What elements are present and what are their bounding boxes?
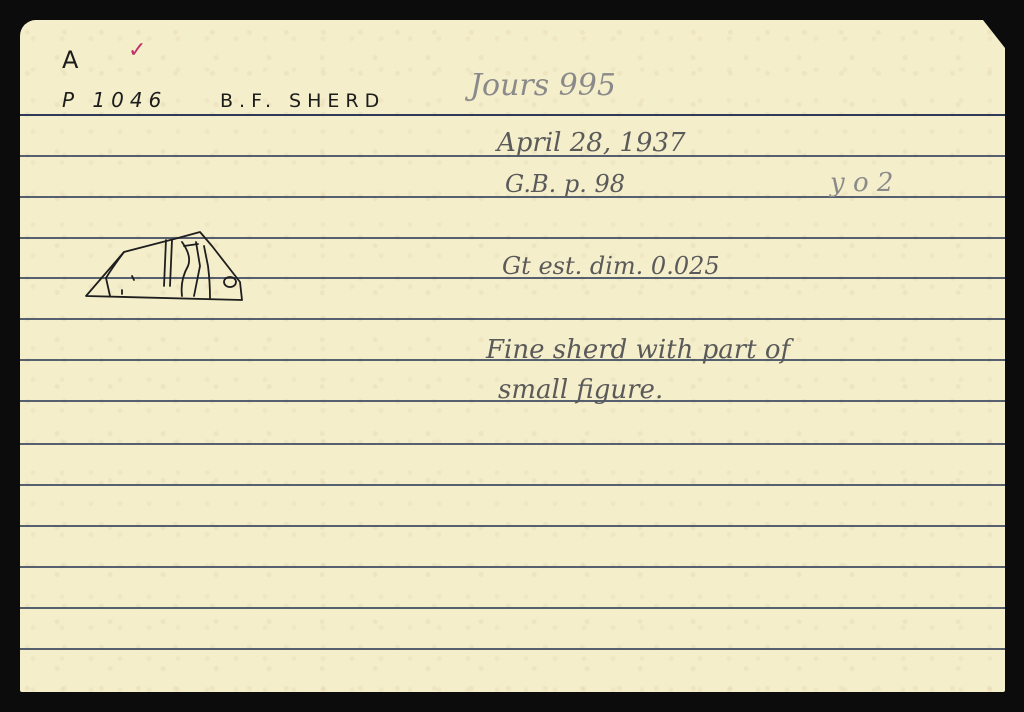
pencil-reference: Jours 995 (470, 68, 616, 103)
object-title: B.F. SHERD (220, 90, 385, 112)
sherd-sketch-icon (82, 216, 252, 306)
index-card: A ✓ P 1046 B.F. SHERD Jours 995 April 28… (20, 20, 1005, 692)
section-letter: A (62, 46, 84, 74)
ruled-line (20, 443, 1005, 445)
header-rule (20, 114, 1005, 116)
ruled-line (20, 484, 1005, 486)
check-mark-icon: ✓ (128, 38, 146, 63)
description-line-1: Fine sherd with part of (486, 335, 790, 365)
ruled-line (20, 566, 1005, 568)
notebook-reference: G.B. p. 98 (505, 170, 625, 198)
ruled-line (20, 648, 1005, 650)
date-entry: April 28, 1937 (497, 128, 686, 158)
catalog-number: P 1046 (62, 88, 167, 112)
dimension-entry: Gt est. dim. 0.025 (502, 252, 720, 280)
description-line-2: small figure. (498, 375, 663, 405)
ruled-line (20, 318, 1005, 320)
ruled-line (20, 525, 1005, 527)
ruled-line (20, 607, 1005, 609)
side-note: y o 2 (830, 168, 893, 198)
